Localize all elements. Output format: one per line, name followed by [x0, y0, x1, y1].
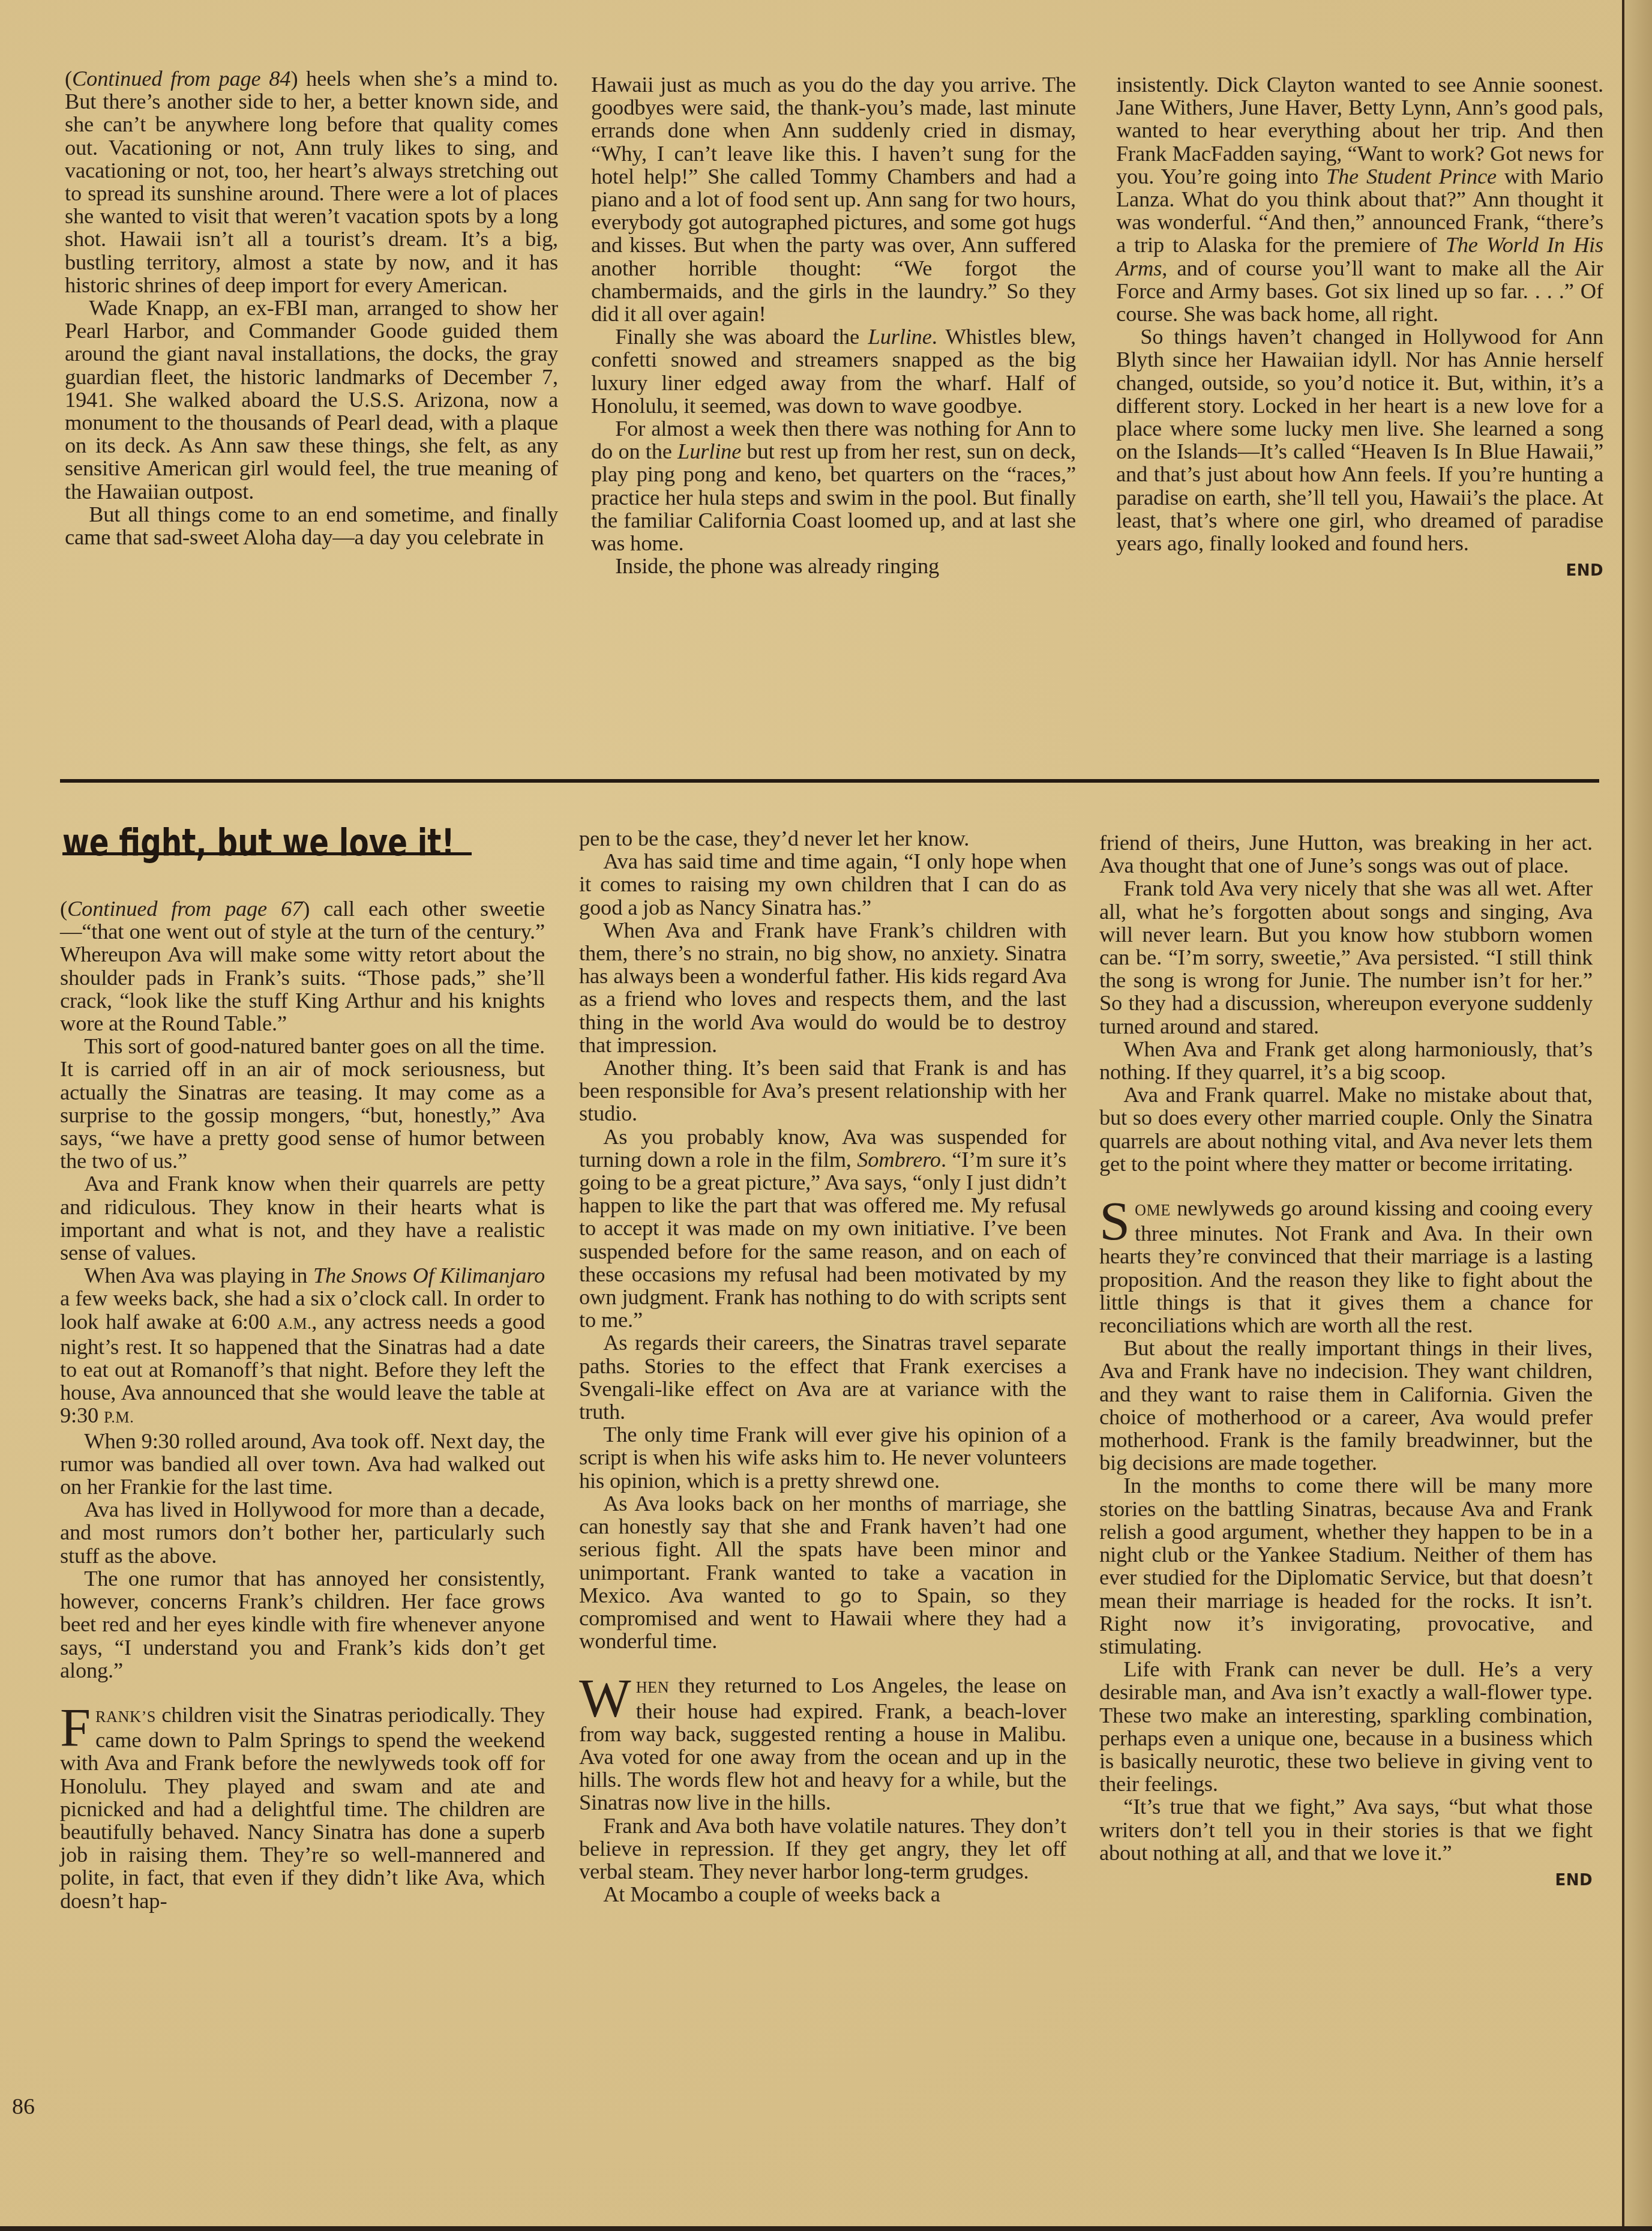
paragraph: When 9:30 rolled around, Ava took off. N…	[60, 1430, 545, 1499]
paragraph: “It’s true that we fight,” Ava says, “bu…	[1099, 1795, 1593, 1864]
paragraph: Ava and Frank quarrel. Make no mistake a…	[1099, 1083, 1593, 1175]
page-number: 86	[12, 2094, 35, 2120]
paragraph: For almost a week then there was nothing…	[591, 417, 1076, 555]
paragraph: Life with Frank can never be dull. He’s …	[1099, 1658, 1593, 1795]
paragraph: Frank told Ava very nicely that she was …	[1099, 877, 1593, 1037]
paragraph: Frank and Ava both have volatile natures…	[579, 1814, 1066, 1883]
paragraph: Hawaii just as much as you do the day yo…	[591, 73, 1076, 325]
paragraph: But about the really important things in…	[1099, 1337, 1593, 1474]
paragraph: But all things come to an end sometime, …	[65, 503, 558, 549]
paragraph: Wade Knapp, an ex-FBI man, arranged to s…	[65, 297, 558, 503]
paragraph: WHEN they returned to Los Angeles, the l…	[579, 1674, 1066, 1814]
film-title: The Snows Of Kilimanjaro	[313, 1263, 545, 1287]
title-underline	[62, 852, 472, 855]
paragraph: So things haven’t changed in Hollywood f…	[1116, 325, 1603, 555]
paragraph: When Ava and Frank have Frank’s children…	[579, 919, 1066, 1056]
paragraph: The only time Frank will ever give his o…	[579, 1423, 1066, 1492]
paragraph: When Ava was playing in The Snows Of Kil…	[60, 1264, 545, 1429]
film-title: The Student Prince	[1326, 164, 1497, 188]
article1-column-1: (Continued from page 84) heels when she’…	[65, 67, 558, 549]
paragraph: Another thing. It’s been said that Frank…	[579, 1056, 1066, 1125]
ship-name: Lurline	[868, 324, 932, 349]
drop-cap: W	[579, 1676, 631, 1720]
article2-column-1: (Continued from page 67) call each other…	[60, 897, 545, 1912]
drop-cap: F	[60, 1706, 91, 1749]
continued-label: Continued from page 84	[72, 66, 290, 91]
paragraph: (Continued from page 67) call each other…	[60, 897, 545, 1035]
paragraph: Ava and Frank know when their quarrels a…	[60, 1172, 545, 1264]
paragraph: SOME newlyweds go around kissing and coo…	[1099, 1197, 1593, 1337]
paragraph: As Ava looks back on her months of marri…	[579, 1492, 1066, 1652]
paragraph: insistently. Dick Clayton wanted to see …	[1116, 73, 1603, 325]
article2-column-2: pen to be the case, they’d never let her…	[579, 827, 1066, 1906]
paragraph: pen to be the case, they’d never let her…	[579, 827, 1066, 850]
continued-label: Continued from page 67	[67, 896, 302, 921]
paragraph: In the months to come there will be many…	[1099, 1474, 1593, 1658]
end-mark: END	[1555, 1869, 1593, 1892]
paragraph: As you probably know, Ava was suspended …	[579, 1125, 1066, 1332]
page-edge	[1622, 0, 1652, 2231]
paragraph: FRANK’S children visit the Sinatras peri…	[60, 1703, 545, 1912]
section-divider	[60, 779, 1599, 783]
paragraph: At Mocambo a couple of weeks back a	[579, 1883, 1066, 1906]
paragraph: friend of theirs, June Hutton, was break…	[1099, 831, 1593, 877]
page-bottom-edge	[0, 2226, 1652, 2231]
paragraph: As regards their careers, the Sinatras t…	[579, 1331, 1066, 1423]
ship-name: Lurline	[677, 439, 741, 463]
paragraph: Inside, the phone was already ringing	[591, 555, 1076, 577]
paragraph: Ava has lived in Hollywood for more than…	[60, 1498, 545, 1567]
paragraph: Ava has said time and time again, “I onl…	[579, 850, 1066, 919]
paragraph: This sort of good-natured banter goes on…	[60, 1035, 545, 1172]
film-title: Sombrero	[857, 1147, 941, 1172]
paragraph: When Ava and Frank get along harmoniousl…	[1099, 1038, 1593, 1083]
article2-column-3: friend of theirs, June Hutton, was break…	[1099, 831, 1593, 1892]
paragraph: Finally she was aboard the Lurline. Whis…	[591, 325, 1076, 417]
article1-column-3: insistently. Dick Clayton wanted to see …	[1116, 73, 1603, 582]
drop-cap: S	[1099, 1199, 1130, 1242]
article1-column-2: Hawaii just as much as you do the day yo…	[591, 73, 1076, 577]
end-mark: END	[1566, 559, 1603, 582]
article-title: we fight, but we love it!	[62, 823, 455, 862]
paragraph: (Continued from page 84) heels when she’…	[65, 67, 558, 297]
paragraph: The one rumor that has annoyed her consi…	[60, 1567, 545, 1682]
